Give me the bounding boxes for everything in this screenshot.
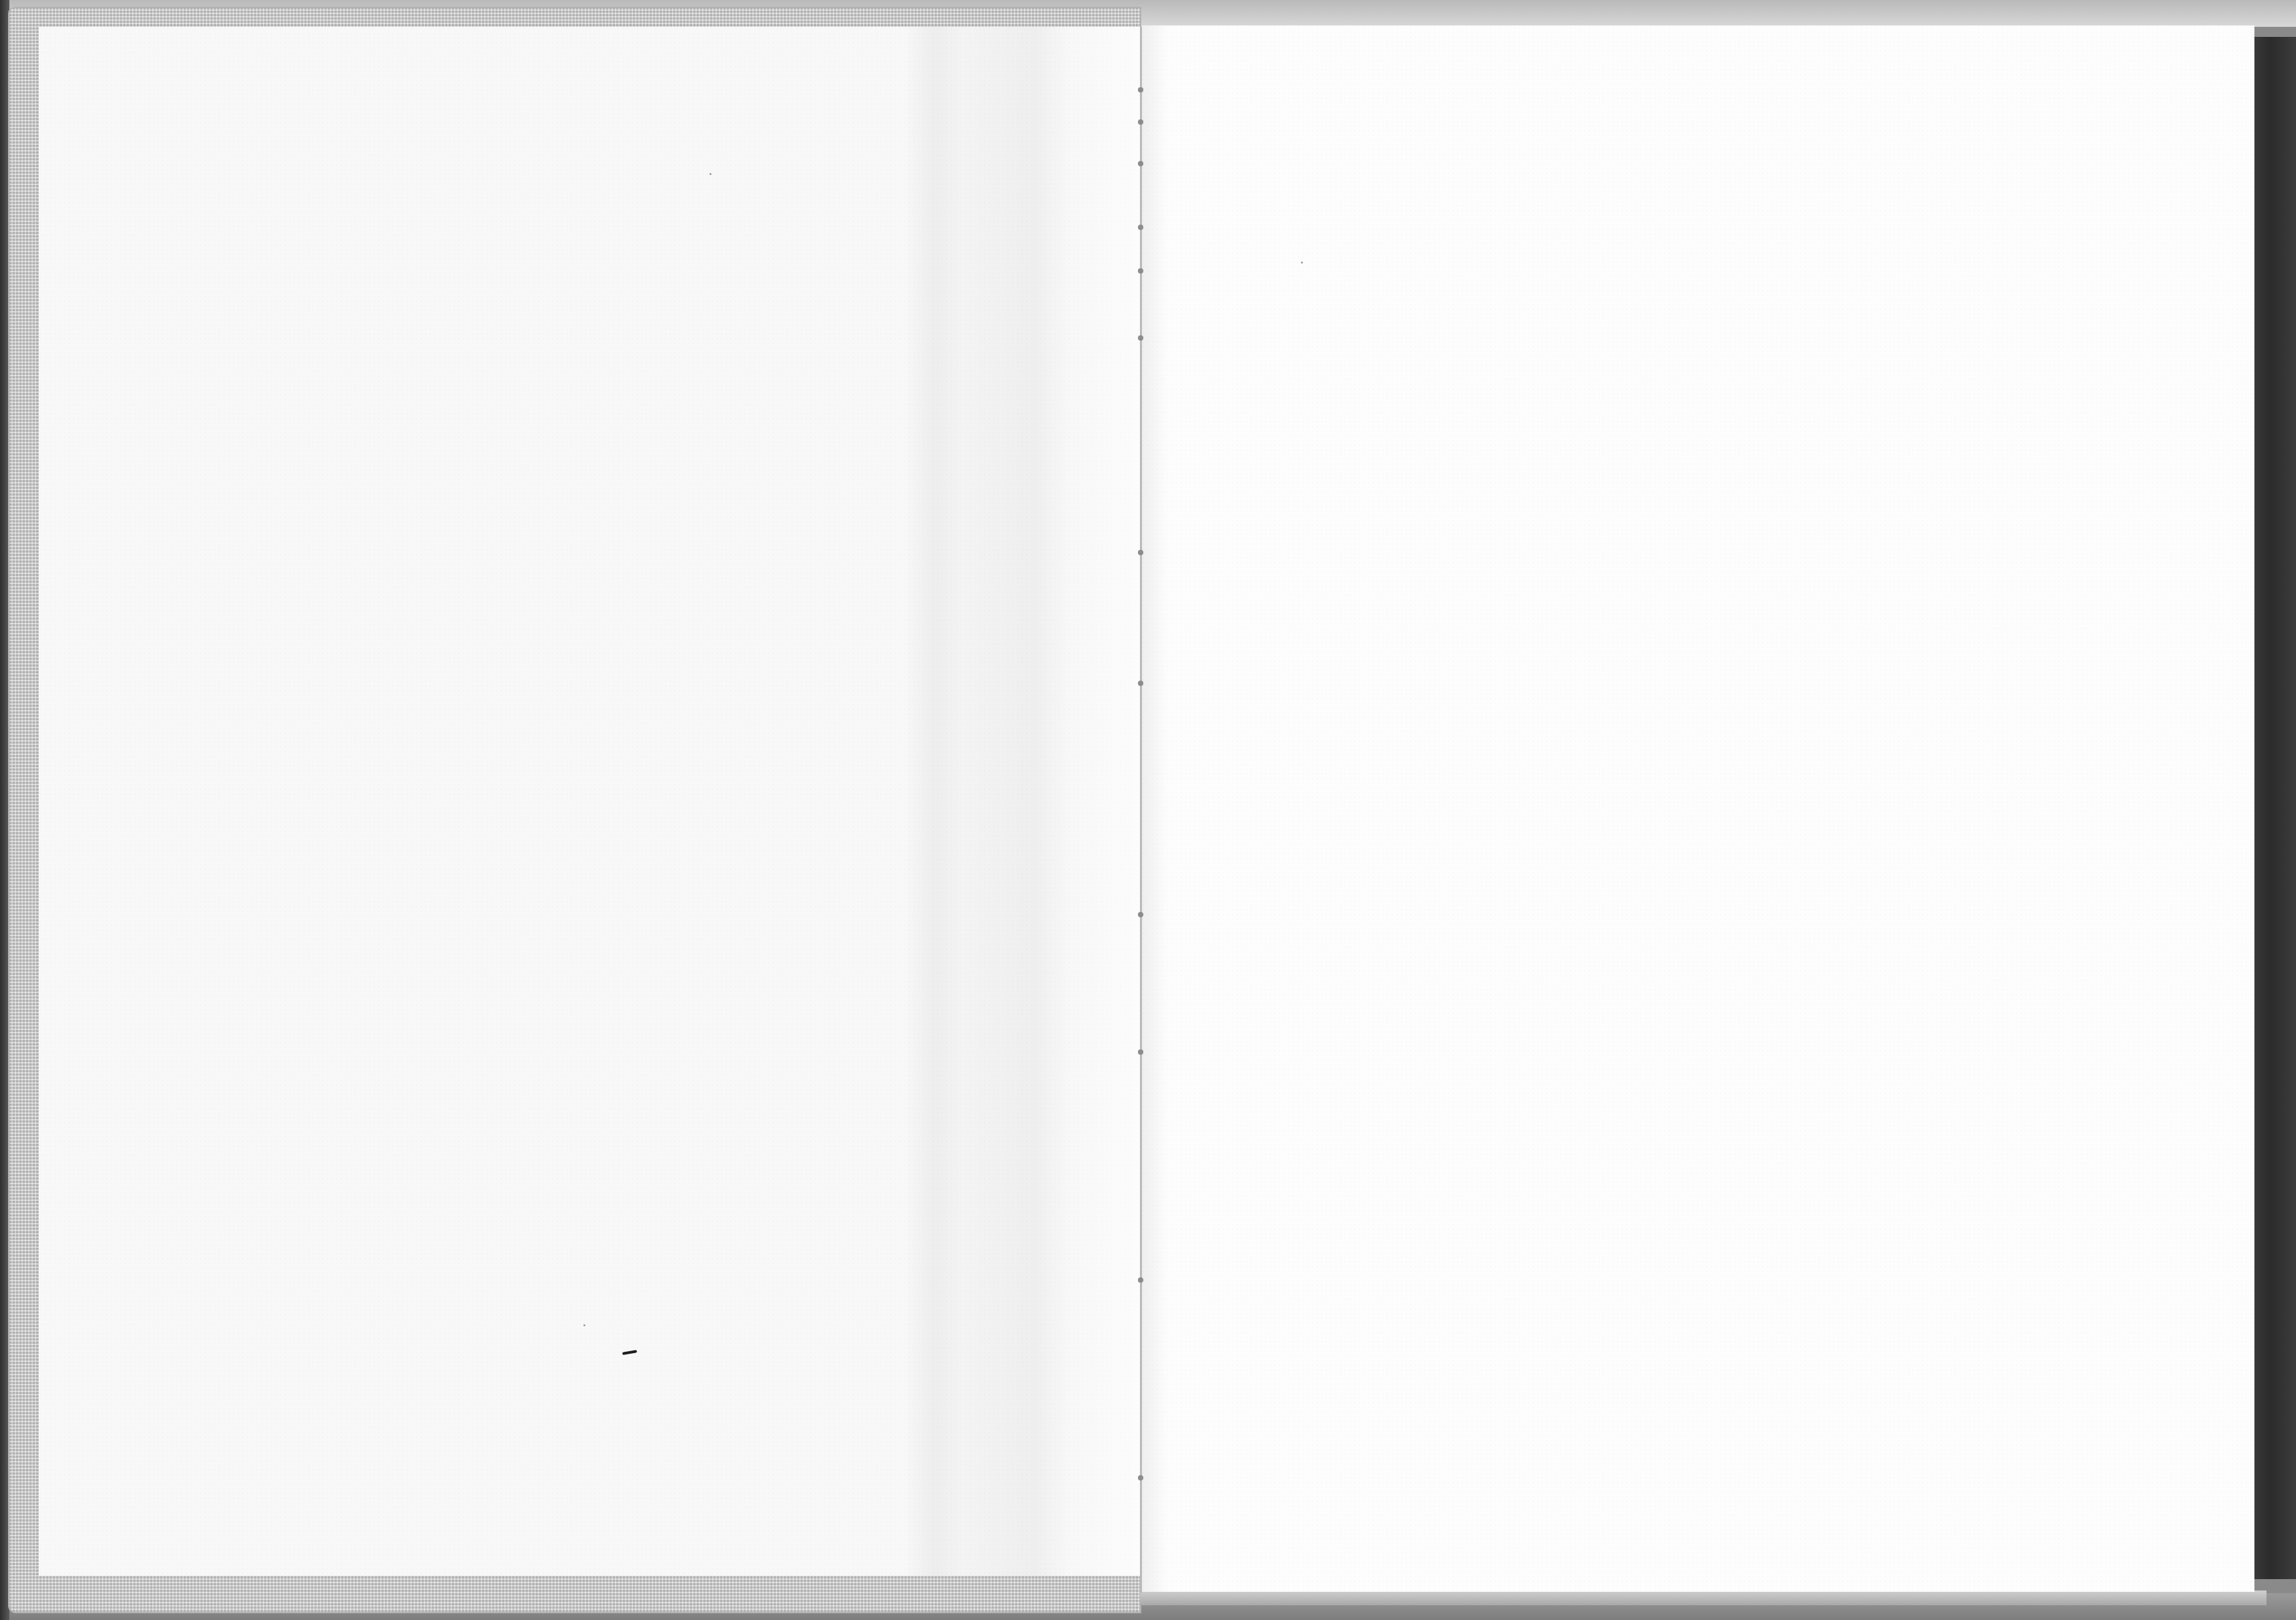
binding-stitch bbox=[1138, 912, 1143, 917]
book-cover-right-edge bbox=[2253, 37, 2296, 1579]
binding-stitch bbox=[1138, 1049, 1143, 1055]
binding-stitch bbox=[1138, 1277, 1143, 1283]
gutter-shadow bbox=[901, 27, 1143, 1576]
binding-stitch bbox=[1138, 550, 1143, 555]
right-page bbox=[1141, 25, 2254, 1592]
book-cover-bottom-edge bbox=[1140, 1590, 2266, 1605]
paper-speck bbox=[583, 1324, 585, 1326]
book-spine-gutter bbox=[1140, 27, 1142, 1593]
binding-stitch bbox=[1138, 268, 1143, 274]
paper-speck bbox=[1301, 262, 1303, 264]
binding-stitch bbox=[1138, 225, 1143, 230]
left-page bbox=[39, 27, 1143, 1576]
gutter-shadow bbox=[1141, 25, 1168, 1592]
binding-stitch bbox=[1138, 335, 1143, 341]
paper-speck bbox=[709, 173, 711, 175]
binding-stitch bbox=[1138, 681, 1143, 686]
binding-stitch bbox=[1138, 87, 1143, 93]
binding-stitch bbox=[1138, 1475, 1143, 1481]
binding-stitch bbox=[1138, 161, 1143, 166]
binding-stitch bbox=[1138, 119, 1143, 125]
